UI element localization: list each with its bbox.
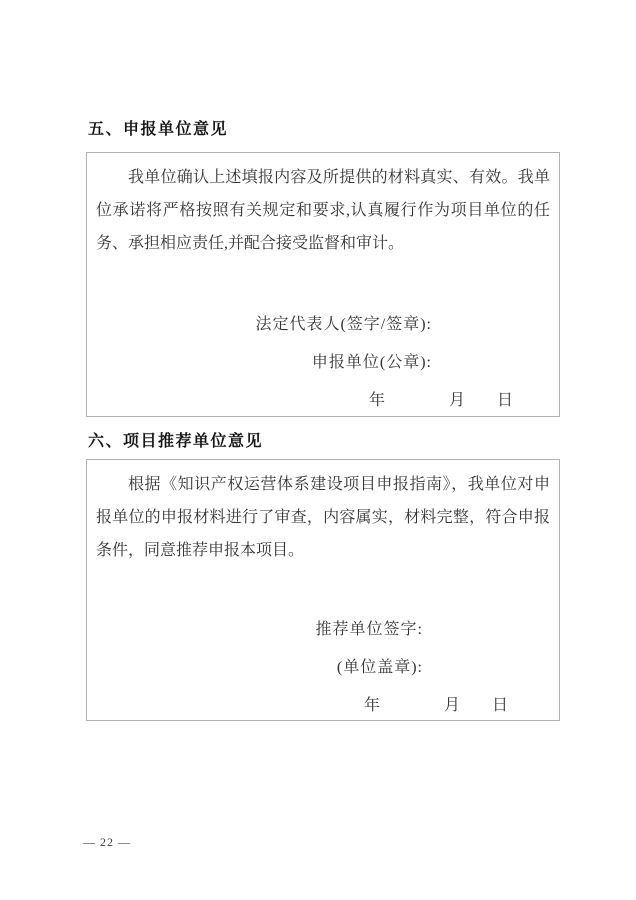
section-6-date-line: 年 月 日	[96, 687, 550, 725]
section-6-opinion-box: 根据《知识产权运营体系建设项目申报指南》，我单位对申报单位的申报材料进行了审查，…	[86, 459, 560, 721]
section-5-heading: 五、申报单位意见	[88, 116, 228, 139]
applicant-unit-seal-line: 申报单位(公章):	[96, 344, 550, 382]
document-page: 五、申报单位意见 我单位确认上述填报内容及所提供的材料真实、有效。我单位承诺将严…	[0, 0, 636, 900]
section-5-opinion-box: 我单位确认上述填报内容及所提供的材料真实、有效。我单位承诺将严格按照有关规定和要…	[86, 152, 560, 417]
recommending-unit-signature-line: 推荐单位签字:	[96, 611, 550, 649]
section-5-body-text: 我单位确认上述填报内容及所提供的材料真实、有效。我单位承诺将严格按照有关规定和要…	[96, 161, 550, 260]
section-5-date-line: 年 月 日	[96, 382, 550, 420]
unit-seal-line: (单位盖章):	[96, 649, 550, 687]
section-6-heading: 六、项目推荐单位意见	[88, 428, 263, 451]
legal-representative-signature-line: 法定代表人(签字/签章):	[96, 306, 550, 344]
section-5-signature-block: 法定代表人(签字/签章): 申报单位(公章): 年 月 日	[96, 306, 550, 420]
section-6-signature-block: 推荐单位签字: (单位盖章): 年 月 日	[96, 611, 550, 725]
section-6-body-text: 根据《知识产权运营体系建设项目申报指南》，我单位对申报单位的申报材料进行了审查，…	[96, 468, 550, 567]
page-number: — 22 —	[83, 835, 131, 850]
